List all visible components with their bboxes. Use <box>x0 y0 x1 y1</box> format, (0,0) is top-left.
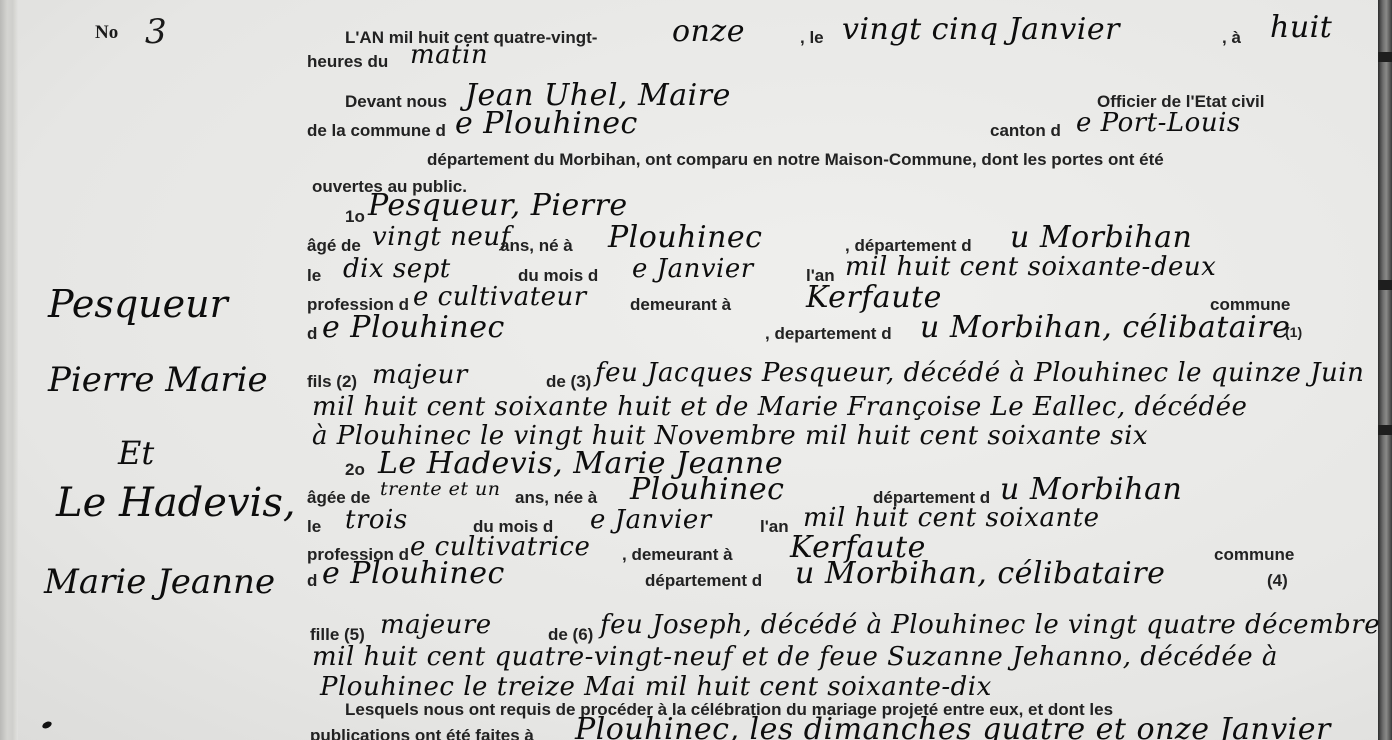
groom-commune: e Plouhinec <box>322 310 505 345</box>
groom-profession: e cultivateur <box>413 282 587 312</box>
bride-birthplace: Plouhinec <box>630 472 784 507</box>
bride-index: 2o <box>345 460 365 480</box>
bride-birth-dept: u Morbihan <box>1000 472 1182 507</box>
bride-note-marker: (4) <box>1267 571 1288 591</box>
groom-residence-printed: demeurant à <box>630 295 731 315</box>
bride-de-printed: d <box>307 571 317 591</box>
groom-departement-printed: , departement d <box>765 324 892 344</box>
officer-commune: e Plouhinec <box>455 106 638 141</box>
bride-born-printed: ans, née à <box>515 488 597 508</box>
groom-le-printed: le <box>307 266 321 286</box>
officer-department-printed: département du Morbihan, ont comparu en … <box>427 150 1164 170</box>
margin-bride-surname: Le Hadevis, <box>56 480 296 526</box>
groom-age: vingt neuf <box>372 222 511 252</box>
bride-commune-printed: commune <box>1214 545 1294 565</box>
margin-groom-given: Pierre Marie <box>48 360 268 400</box>
bride-birth-month: e Janvier <box>590 505 712 535</box>
bride-an-printed: l'an <box>760 517 789 537</box>
header-year-suffix: onze <box>672 14 745 49</box>
bride-parents-line3: Plouhinec le treize Mai mil huit cent so… <box>320 672 992 702</box>
margin-conjunction: Et <box>118 434 154 472</box>
officer-devant-printed: Devant nous <box>345 92 447 112</box>
book-binding-edge <box>1378 0 1392 740</box>
bride-birth-day: trois <box>345 505 408 535</box>
officer-canton-printed: canton d <box>990 121 1061 141</box>
bride-dept-status: u Morbihan, célibataire <box>795 556 1165 591</box>
bride-departement-printed: département d <box>645 571 762 591</box>
margin-bride-given: Marie Jeanne <box>44 562 275 602</box>
bride-parents-line2: mil huit cent quatre-vingt-neuf et de fe… <box>312 642 1278 672</box>
ink-blot <box>41 720 53 730</box>
groom-parents-line2: mil huit cent soixante huit et de Marie … <box>312 392 1247 422</box>
header-date: vingt cinq Janvier <box>842 12 1120 47</box>
groom-majority: majeur <box>372 360 468 390</box>
bride-residence-printed: , demeurant à <box>622 545 733 565</box>
groom-birth-year: mil huit cent soixante-deux <box>845 252 1216 282</box>
groom-fils-printed: fils (2) <box>307 372 357 392</box>
header-le-printed: , le <box>800 28 824 48</box>
record-number-label: No <box>95 22 118 44</box>
header-heures-printed: heures du <box>307 52 388 72</box>
record-number-value: 3 <box>145 12 167 52</box>
officer-canton: e Port-Louis <box>1076 108 1241 138</box>
bride-commune: e Plouhinec <box>322 556 505 591</box>
groom-de-printed: d <box>307 324 317 344</box>
groom-birth-month: e Janvier <box>632 254 754 284</box>
header-hour: huit <box>1270 10 1332 45</box>
bride-birth-year: mil huit cent soixante <box>803 503 1100 533</box>
groom-dept-status: u Morbihan, célibataire <box>920 310 1290 345</box>
groom-birth-dept: u Morbihan <box>1010 220 1192 255</box>
groom-index: 1o <box>345 207 365 227</box>
header-a-printed: , à <box>1222 28 1241 48</box>
groom-name: Pesqueur, Pierre <box>368 188 628 223</box>
bride-parents-line1: feu Joseph, décédé à Plouhinec le vingt … <box>600 610 1380 640</box>
publication-printed-line2: publications ont été faites à <box>310 726 534 740</box>
page-left-edge <box>0 0 18 740</box>
groom-birthplace: Plouhinec <box>608 220 762 255</box>
groom-birth-day: dix sept <box>343 254 451 284</box>
bride-majority: majeure <box>380 610 492 640</box>
groom-de3-printed: de (3) <box>546 372 591 392</box>
publication-handwritten: Plouhinec, les dimanches quatre et onze … <box>575 712 1331 740</box>
officer-commune-printed: de la commune d <box>307 121 446 141</box>
groom-note-marker: (1) <box>1285 324 1302 340</box>
bride-age: trente et un <box>380 478 501 500</box>
margin-groom-surname: Pesqueur <box>48 282 228 326</box>
groom-age-printed: âgé de <box>307 236 361 256</box>
bride-le-printed: le <box>307 517 321 537</box>
groom-born-printed: ans, né à <box>500 236 573 256</box>
header-time-of-day: matin <box>410 40 488 70</box>
document-page: No 3 Pesqueur Pierre Marie Et Le Hadevis… <box>0 0 1392 740</box>
groom-parents-line1: feu Jacques Pesqueur, décédé à Plouhinec… <box>595 358 1364 388</box>
